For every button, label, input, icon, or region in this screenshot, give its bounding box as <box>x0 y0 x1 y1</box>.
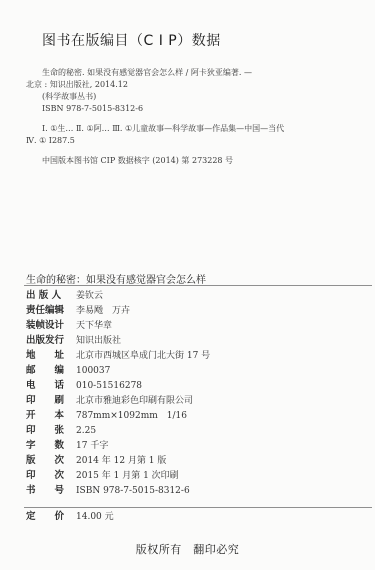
row-wordcount: 字 数17 千字 <box>26 438 108 453</box>
row-postcode: 邮 编100037 <box>26 363 110 378</box>
row-address: 地 址北京市西城区阜成门北大街 17 号 <box>26 348 210 363</box>
row-editor: 责任编辑李易飏 万卉 <box>26 303 130 318</box>
book-title: 生命的秘密：如果没有感觉器官会怎么样 <box>26 271 206 286</box>
row-label: 装帧设计 <box>26 318 76 333</box>
row-label: 邮 编 <box>26 363 76 378</box>
cip-line-7: 中国版本图书馆 CIP 数据核字 (2014) 第 273228 号 <box>42 155 233 166</box>
cip-line-3: (科学故事丛书) <box>42 91 96 102</box>
row-isbn: 书 号ISBN 978-7-5015-8312-6 <box>26 483 190 498</box>
row-value: 天下华章 <box>76 319 112 334</box>
row-value: 知识出版社 <box>76 334 121 349</box>
row-label: 定 价 <box>26 509 76 524</box>
row-label: 出版发行 <box>26 333 76 348</box>
row-label: 开 本 <box>26 408 76 423</box>
row-label: 印 次 <box>26 468 76 483</box>
cip-line-5: Ⅰ. ①生… Ⅱ. ①阿… Ⅲ. ①儿童故事—科学故事—作品集—中国—当代 <box>42 123 284 134</box>
top-rule <box>24 285 372 286</box>
row-value: 2014 年 12 月第 1 版 <box>76 454 166 469</box>
row-label: 版 次 <box>26 453 76 468</box>
row-price: 定 价14.00 元 <box>26 509 114 524</box>
row-printer: 印 刷北京市雅迪彩色印刷有限公司 <box>26 393 193 408</box>
row-label: 责任编辑 <box>26 303 76 318</box>
row-edition: 版 次2014 年 12 月第 1 版 <box>26 453 166 468</box>
cip-line-6: Ⅳ. ① I287.5 <box>26 135 75 146</box>
row-publisher: 出 版 人姜钦云 <box>26 288 103 303</box>
row-value: 2015 年 1 月第 1 次印刷 <box>76 469 179 484</box>
row-value: 010-51516278 <box>76 379 142 394</box>
row-label: 印 刷 <box>26 393 76 408</box>
cip-line-4: ISBN 978-7-5015-8312-6 <box>42 103 143 114</box>
row-label: 印 张 <box>26 423 76 438</box>
row-sheets: 印 张2.25 <box>26 423 96 438</box>
row-value: 姜钦云 <box>76 289 103 304</box>
bottom-rule <box>24 507 372 508</box>
row-label: 字 数 <box>26 438 76 453</box>
row-printing: 印 次2015 年 1 月第 1 次印刷 <box>26 468 179 483</box>
row-value: 李易飏 万卉 <box>76 304 130 319</box>
row-value: 14.00 元 <box>76 510 114 525</box>
row-design: 装帧设计天下华章 <box>26 318 112 333</box>
row-label: 书 号 <box>26 483 76 498</box>
cip-title: 图书在版编目（C I P）数据 <box>42 30 221 50</box>
row-value: 100037 <box>76 364 110 379</box>
row-value: 17 千字 <box>76 439 108 454</box>
row-value: 北京市雅迪彩色印刷有限公司 <box>76 394 193 409</box>
cip-line-1: 生命的秘密. 如果没有感觉器官会怎么样 / 阿卡狄亚编著. — <box>42 67 252 78</box>
row-value: 2.25 <box>76 424 96 439</box>
row-label: 地 址 <box>26 348 76 363</box>
row-format: 开 本787mm×1092mm 1/16 <box>26 408 187 423</box>
row-value: 北京市西城区阜成门北大街 17 号 <box>76 349 210 364</box>
copyright-notice: 版权所有 翻印必究 <box>0 541 375 557</box>
row-label: 电 话 <box>26 378 76 393</box>
row-label: 出 版 人 <box>26 288 76 303</box>
row-distribution: 出版发行知识出版社 <box>26 333 121 348</box>
row-phone: 电 话010-51516278 <box>26 378 142 393</box>
row-value: 787mm×1092mm 1/16 <box>76 409 187 424</box>
cip-line-2: 北京 : 知识出版社, 2014.12 <box>26 79 128 90</box>
row-value: ISBN 978-7-5015-8312-6 <box>76 484 190 499</box>
